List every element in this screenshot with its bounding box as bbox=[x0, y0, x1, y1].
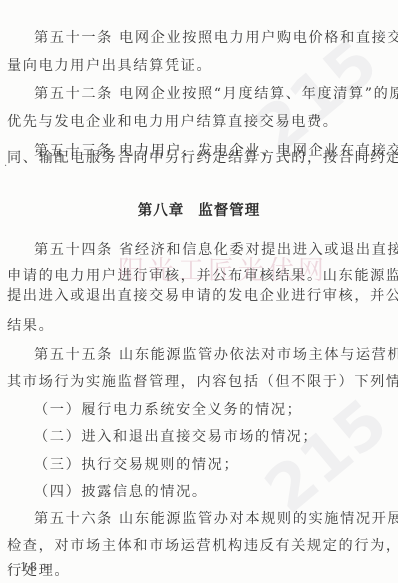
article-51-line-1: 第五十一条 电网企业按照电力用户购电价格和直接交易电 bbox=[34, 28, 398, 48]
article-55-line-2: 其市场行为实施监督管理，内容包括（但不限于）下列情况： bbox=[7, 372, 393, 392]
chapter-heading: 第八章监督管理 bbox=[0, 199, 398, 220]
article-54-line-1: 第五十四条 省经济和信息化委对提出进入或退出直接交易 bbox=[34, 240, 398, 260]
article-51-line-2: 量向电力用户出具结算凭证。 bbox=[7, 56, 393, 76]
article-52-line-2: 优先与发电企业和电力用户结算直接交易电费。 bbox=[7, 112, 393, 132]
chapter-number: 第八章 bbox=[138, 203, 185, 219]
document-page: 215 215 第五十一条 电网企业按照电力用户购电价格和直接交易电 量向电力用… bbox=[0, 0, 398, 583]
article-53-line-2: 同、输配电服务合同中另行约定结算方式的，按合同约定执行。 bbox=[7, 148, 393, 168]
article-56-line-2: 检查，对市场主体和市场运营机构违反有关规定的行为，依法进 bbox=[7, 536, 393, 556]
article-54-line-3: 提出进入或退出直接交易申请的发电企业进行审核，并公布审核 bbox=[7, 286, 393, 306]
article-54-line-2: 申请的电力用户进行审核，并公布审核结果。山东能源监管办对 bbox=[7, 266, 393, 286]
list-item-4: （四）披露信息的情况。 bbox=[34, 482, 398, 502]
list-item-2: （二）进入和退出直接交易市场的情况； bbox=[34, 427, 398, 447]
page-number: - 18 - bbox=[8, 560, 51, 574]
article-56-line-3: 行处理。 bbox=[7, 561, 393, 581]
list-item-3: （三）执行交易规则的情况； bbox=[34, 455, 398, 475]
article-55-line-1: 第五十五条 山东能源监管办依法对市场主体与运营机构及 bbox=[34, 345, 398, 365]
list-item-1: （一）履行电力系统安全义务的情况； bbox=[34, 400, 398, 420]
chapter-title: 监督管理 bbox=[198, 203, 260, 219]
article-56-line-1: 第五十六条 山东能源监管办对本规则的实施情况开展现场 bbox=[34, 509, 398, 529]
article-52-line-1: 第五十二条 电网企业按照“月度结算、年度清算”的原则 bbox=[34, 84, 398, 104]
article-54-line-4: 结果。 bbox=[7, 316, 393, 336]
